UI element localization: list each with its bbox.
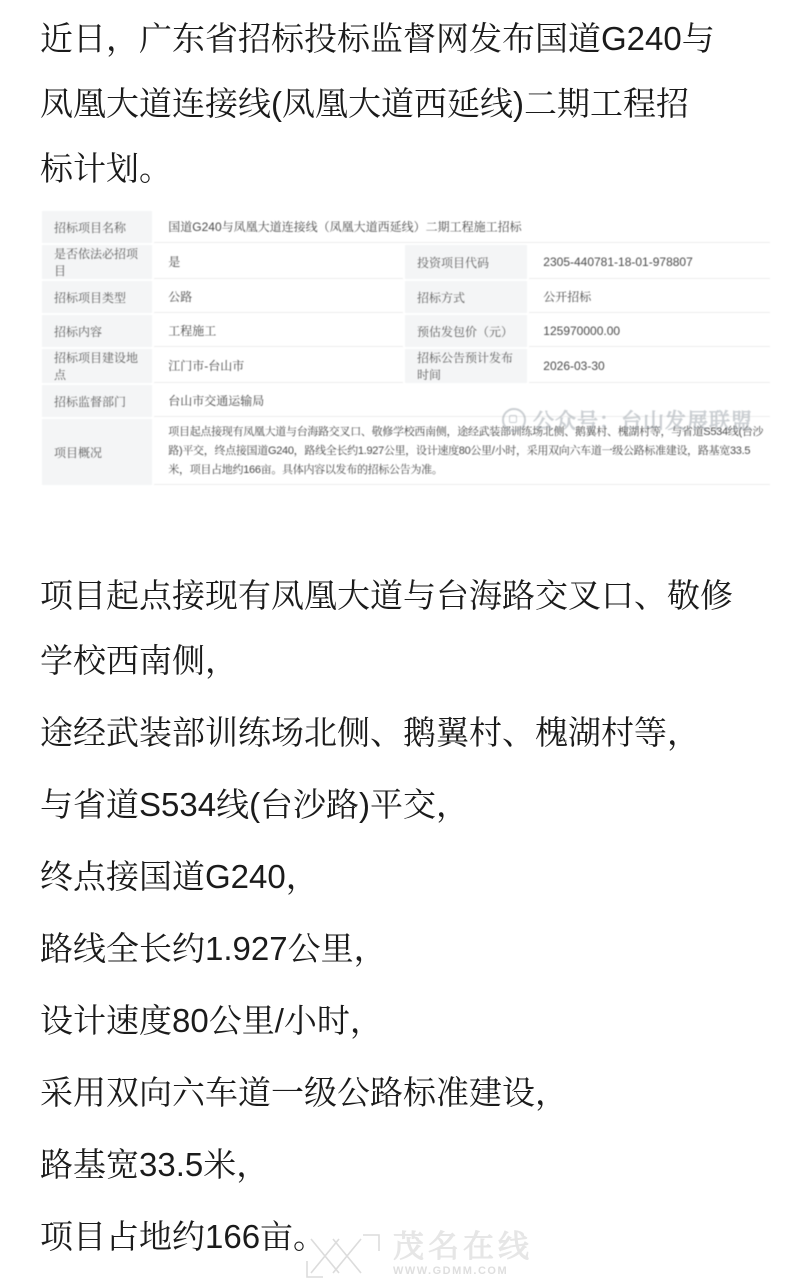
table-row: 招标内容 工程施工 预估发包价（元） 125970000.00: [42, 315, 770, 347]
row-label: 招标监督部门: [42, 385, 152, 417]
row-value: 公路: [154, 281, 403, 313]
site-name: 茂名在线: [393, 1230, 533, 1264]
table-row: 项目概况 项目起点接现有凤凰大道与台海路交叉口、敬修学校西南侧，途经武装部训练场…: [42, 419, 770, 485]
row-label: 招标内容: [42, 315, 152, 347]
row-label: 项目概况: [42, 419, 152, 485]
paragraph: 途经武装部训练场北侧、鹅翼村、槐湖村等，: [40, 700, 740, 765]
paragraph: 采用双向六车道一级公路标准建设，: [40, 1060, 740, 1125]
row-value: 国道G240与凤凰大道连接线（凤凰大道西延线）二期工程施工招标: [154, 211, 770, 243]
row-value: 项目起点接现有凤凰大道与台海路交叉口、敬修学校西南侧，途经武装部训练场北侧、鹅翼…: [154, 419, 770, 485]
row-value: 江门市-台山市: [154, 349, 403, 383]
row-label: 招标项目名称: [42, 211, 152, 243]
row-label: 招标方式: [405, 281, 527, 313]
row-value: 台山市交通运输局: [154, 385, 770, 417]
row-label: 预估发包价（元）: [405, 315, 527, 347]
table-row: 招标项目名称 国道G240与凤凰大道连接线（凤凰大道西延线）二期工程施工招标: [42, 211, 770, 243]
intro-paragraph: 近日，广东省招标投标监督网发布国道G240与凤凰大道连接线(凤凰大道西延线)二期…: [40, 6, 720, 201]
article-paragraphs: 项目起点接现有凤凰大道与台海路交叉口、敬修学校西南侧， 途经武装部训练场北侧、鹅…: [40, 563, 765, 1269]
table-row: 招标项目建设地点 江门市-台山市 招标公告预计发布时间 2026-03-30: [42, 349, 770, 383]
row-value: 公开招标: [529, 281, 770, 313]
paragraph: 与省道S534线(台沙路)平交，: [40, 772, 740, 837]
paragraph: 路基宽33.5米，: [40, 1132, 740, 1197]
row-value: 是: [154, 245, 403, 279]
row-label: 招标项目建设地点: [42, 349, 152, 383]
table-row: 招标项目类型 公路 招标方式 公开招标: [42, 281, 770, 313]
row-value: 工程施工: [154, 315, 403, 347]
site-watermark: 茂名在线 WWW.GDMM.COM: [303, 1230, 533, 1280]
row-value: 2026-03-30: [529, 349, 770, 383]
row-label: 投资项目代码: [405, 245, 527, 279]
article-body: 近日，广东省招标投标监督网发布国道G240与凤凰大道连接线(凤凰大道西延线)二期…: [0, 6, 805, 1269]
paragraph: 终点接国道G240，: [40, 844, 740, 909]
paragraph: 项目起点接现有凤凰大道与台海路交叉口、敬修学校西南侧，: [40, 563, 740, 693]
site-watermark-text: 茂名在线 WWW.GDMM.COM: [393, 1230, 533, 1277]
paragraph: 路线全长约1.927公里，: [40, 916, 740, 981]
site-url: WWW.GDMM.COM: [393, 1265, 533, 1277]
paragraph: 设计速度80公里/小时，: [40, 988, 740, 1053]
row-value: 2305-440781-18-01-978807: [529, 245, 770, 279]
row-label: 是否依法必招项目: [42, 245, 152, 279]
bidding-table: 招标项目名称 国道G240与凤凰大道连接线（凤凰大道西延线）二期工程施工招标 是…: [40, 209, 772, 487]
table-row: 是否依法必招项目 是 投资项目代码 2305-440781-18-01-9788…: [42, 245, 770, 279]
row-label: 招标公告预计发布时间: [405, 349, 527, 383]
row-label: 招标项目类型: [42, 281, 152, 313]
gdmm-x-logo-icon: [303, 1230, 383, 1280]
table-row: 招标监督部门 台山市交通运输局: [42, 385, 770, 417]
bid-plan-table-image: 招标项目名称 国道G240与凤凰大道连接线（凤凰大道西延线）二期工程施工招标 是…: [40, 209, 772, 487]
row-value: 125970000.00: [529, 315, 770, 347]
